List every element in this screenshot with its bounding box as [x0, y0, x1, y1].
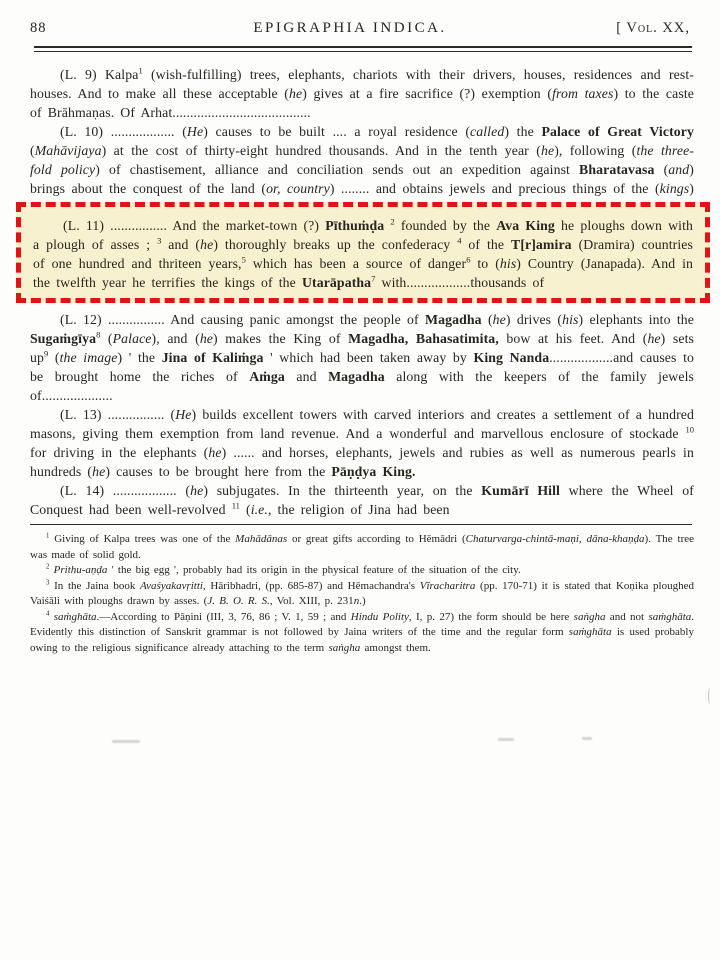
text-run: Mahāvijaya — [35, 143, 102, 158]
text-run: he — [200, 237, 213, 252]
footnote-2: 2 Prithu-aṇḍa ' the big egg ', probably … — [30, 563, 694, 579]
text-run: He — [175, 407, 191, 422]
text-run: Sugaṁgīya — [30, 331, 96, 346]
text-run: and — [285, 369, 328, 384]
scan-artifact — [112, 740, 140, 743]
text-run: and not — [605, 611, 648, 623]
text-run: ) the — [504, 124, 541, 139]
text-run: ) elephants into the — [579, 312, 694, 327]
text-run: ( — [240, 502, 251, 517]
text-run: bow at his feet. And ( — [499, 331, 648, 346]
scanned-book-page: 88 EPIGRAPHIA INDICA. [ Vol. XX, (L. 9) … — [0, 0, 720, 960]
text-run: he — [541, 143, 554, 158]
text-run: saṅgha — [574, 611, 606, 623]
text-run: which has been a source of danger — [246, 256, 466, 271]
highlight-box: (L. 11) ................ And the market-… — [16, 202, 710, 303]
text-run: J. B. O. R. S. — [207, 595, 270, 607]
text-run: ( — [48, 350, 59, 365]
text-run: ' which had been taken away by — [264, 350, 474, 365]
text-run: and — [668, 162, 689, 177]
text-run: Prithu-aṇḍa — [54, 564, 108, 576]
text-run: ) at the cost of thirty-eight hundred th… — [102, 143, 541, 158]
text-run: i.e. — [251, 502, 268, 517]
paragraph-l13: (L. 13) ................ (He) builds exc… — [30, 405, 694, 481]
text-run: , Vol. XIII, p. 231 — [270, 595, 354, 607]
text-run: ) ........ and obtains jewels and precio… — [330, 181, 660, 196]
text-run: he — [493, 312, 506, 327]
text-run: Magadha — [425, 312, 482, 327]
text-run: saṁghāta — [648, 611, 691, 623]
text-run: kings — [660, 181, 690, 196]
text-run: he — [208, 445, 221, 460]
footnote-separator-rule — [30, 524, 692, 525]
text-run: and ( — [161, 237, 200, 252]
text-run: ) makes the King of — [213, 331, 348, 346]
text-run: ), following ( — [554, 143, 636, 158]
text-run: ) gives at a fire sacrifice (?) exemptio… — [302, 86, 552, 101]
text-run: ) causes to be built .... a royal reside… — [203, 124, 470, 139]
article-body: (L. 9) Kalpa1 (wish-fulfilling) trees, e… — [30, 65, 694, 519]
text-run: he — [200, 331, 213, 346]
journal-title: EPIGRAPHIA INDICA. — [120, 20, 580, 37]
text-run: called — [470, 124, 504, 139]
text-run: (L. 13) ................ ( — [60, 407, 175, 422]
text-run: Pīthuṁḍa — [325, 218, 384, 233]
text-run: Hindu Polity — [351, 611, 409, 623]
text-run: Palace — [113, 331, 152, 346]
page-content: 88 EPIGRAPHIA INDICA. [ Vol. XX, (L. 9) … — [0, 0, 720, 656]
text-run: ) thoroughly breaks up the confederacy — [213, 237, 457, 252]
text-run: Jina of Kaliṁga — [162, 350, 264, 365]
footnote-ref: 11 — [232, 500, 240, 510]
paragraph-l14: (L. 14) .................. (he) subjugat… — [30, 481, 694, 519]
text-run: ) of chastisement, alliance and concilia… — [95, 162, 579, 177]
text-run: ( — [100, 331, 112, 346]
text-run: he — [190, 483, 203, 498]
text-run: he — [289, 86, 302, 101]
text-run: for driving in the elephants ( — [30, 445, 208, 460]
text-run: of the — [461, 237, 511, 252]
text-run: (L. 11) ................ And the market-… — [63, 218, 325, 233]
text-run: his — [500, 256, 516, 271]
page-header: 88 EPIGRAPHIA INDICA. [ Vol. XX, — [30, 20, 694, 37]
text-run: he — [647, 331, 660, 346]
text-run: saṁghāta — [569, 626, 612, 638]
text-run: , Hāribhadri, (pp. 685-87) and Hēmachand… — [203, 580, 420, 592]
header-double-rule — [34, 46, 692, 52]
scan-artifact — [582, 737, 592, 740]
text-run: Vīracharitra — [420, 580, 476, 592]
text-run: ) drives ( — [506, 312, 562, 327]
text-run: Chaturvarga-chintā-maṇi, dāna-khaṇḍa — [466, 533, 645, 545]
page-number: 88 — [30, 20, 120, 37]
text-run: (L. 12) ................ And causing pan… — [60, 312, 425, 327]
text-run: the image — [60, 350, 118, 365]
scan-artifact — [498, 738, 514, 741]
text-run: ), and ( — [152, 331, 200, 346]
text-run: ) ' the — [118, 350, 162, 365]
text-run: In the Jaina book — [49, 580, 140, 592]
text-run: .—According to Pāṇini (III, 3, 76, 86 ; … — [97, 611, 351, 623]
text-run: Utarāpatha — [302, 275, 371, 290]
text-run: (L. 10) .................. ( — [60, 124, 187, 139]
text-run: , I, p. 27) the form should be here — [409, 611, 574, 623]
text-run: or great gifts according to Hēmādri ( — [287, 533, 466, 545]
text-run: Magadha — [328, 369, 385, 384]
text-run: from taxes — [552, 86, 613, 101]
text-run: ) causes to be brought here from the — [105, 464, 331, 479]
footnote-ref: 10 — [685, 424, 694, 434]
paragraph-l12: (L. 12) ................ And causing pan… — [30, 310, 694, 405]
text-run: Ava King — [496, 218, 555, 233]
text-run: (L. 9) Kalpa — [60, 67, 138, 82]
text-run: Kumārī Hill — [481, 483, 560, 498]
text-run: with..................thousands of — [375, 275, 544, 290]
text-run: (L. 14) .................. ( — [60, 483, 190, 498]
footnotes-block: 1 Giving of Kalpa trees was one of the M… — [30, 532, 694, 656]
text-run: Magadha, Bahasatimita, — [348, 331, 499, 346]
text-run: .) — [359, 595, 365, 607]
text-run: ' the big egg ', probably had its origin… — [107, 564, 520, 576]
text-run: ) subjugates. In the thirteenth year, on… — [203, 483, 481, 498]
text-run: T[r]amira — [511, 237, 572, 252]
text-run: founded by the — [395, 218, 497, 233]
text-run: his — [562, 312, 578, 327]
text-run: ( — [655, 162, 669, 177]
text-run: he — [92, 464, 105, 479]
footnote-4: 4 saṁghāta.—According to Pāṇini (III, 3,… — [30, 610, 694, 657]
text-run: He — [187, 124, 203, 139]
text-run: Avaśyakavṛitti — [140, 580, 203, 592]
footnote-3: 3 In the Jaina book Avaśyakavṛitti, Hāri… — [30, 579, 694, 610]
volume-label: [ Vol. XX, — [580, 20, 690, 37]
text-run: King Nanda — [473, 350, 549, 365]
text-run: Palace of Great Victory — [541, 124, 694, 139]
text-run: to ( — [470, 256, 499, 271]
scan-artifact — [708, 688, 712, 704]
text-run: or, country — [266, 181, 330, 196]
footnote-1: 1 Giving of Kalpa trees was one of the M… — [30, 532, 694, 563]
text-run: Aṁga — [249, 369, 285, 384]
paragraph-l9: (L. 9) Kalpa1 (wish-fulfilling) trees, e… — [30, 65, 694, 122]
paragraph-l11-highlighted: (L. 11) ................ And the market-… — [33, 216, 693, 292]
text-run: saṅgha — [328, 642, 360, 654]
text-run: Pāṇḍya King. — [331, 464, 415, 479]
text-run: Bharatavasa — [579, 162, 654, 177]
text-run: ( — [482, 312, 493, 327]
text-run: Giving of Kalpa trees was one of the — [49, 533, 235, 545]
text-run: amongst them. — [360, 642, 431, 654]
text-run: saṁghāta — [54, 611, 97, 623]
text-run: , the religion of Jina had been — [268, 502, 450, 517]
text-run: Mahādānas — [235, 533, 287, 545]
